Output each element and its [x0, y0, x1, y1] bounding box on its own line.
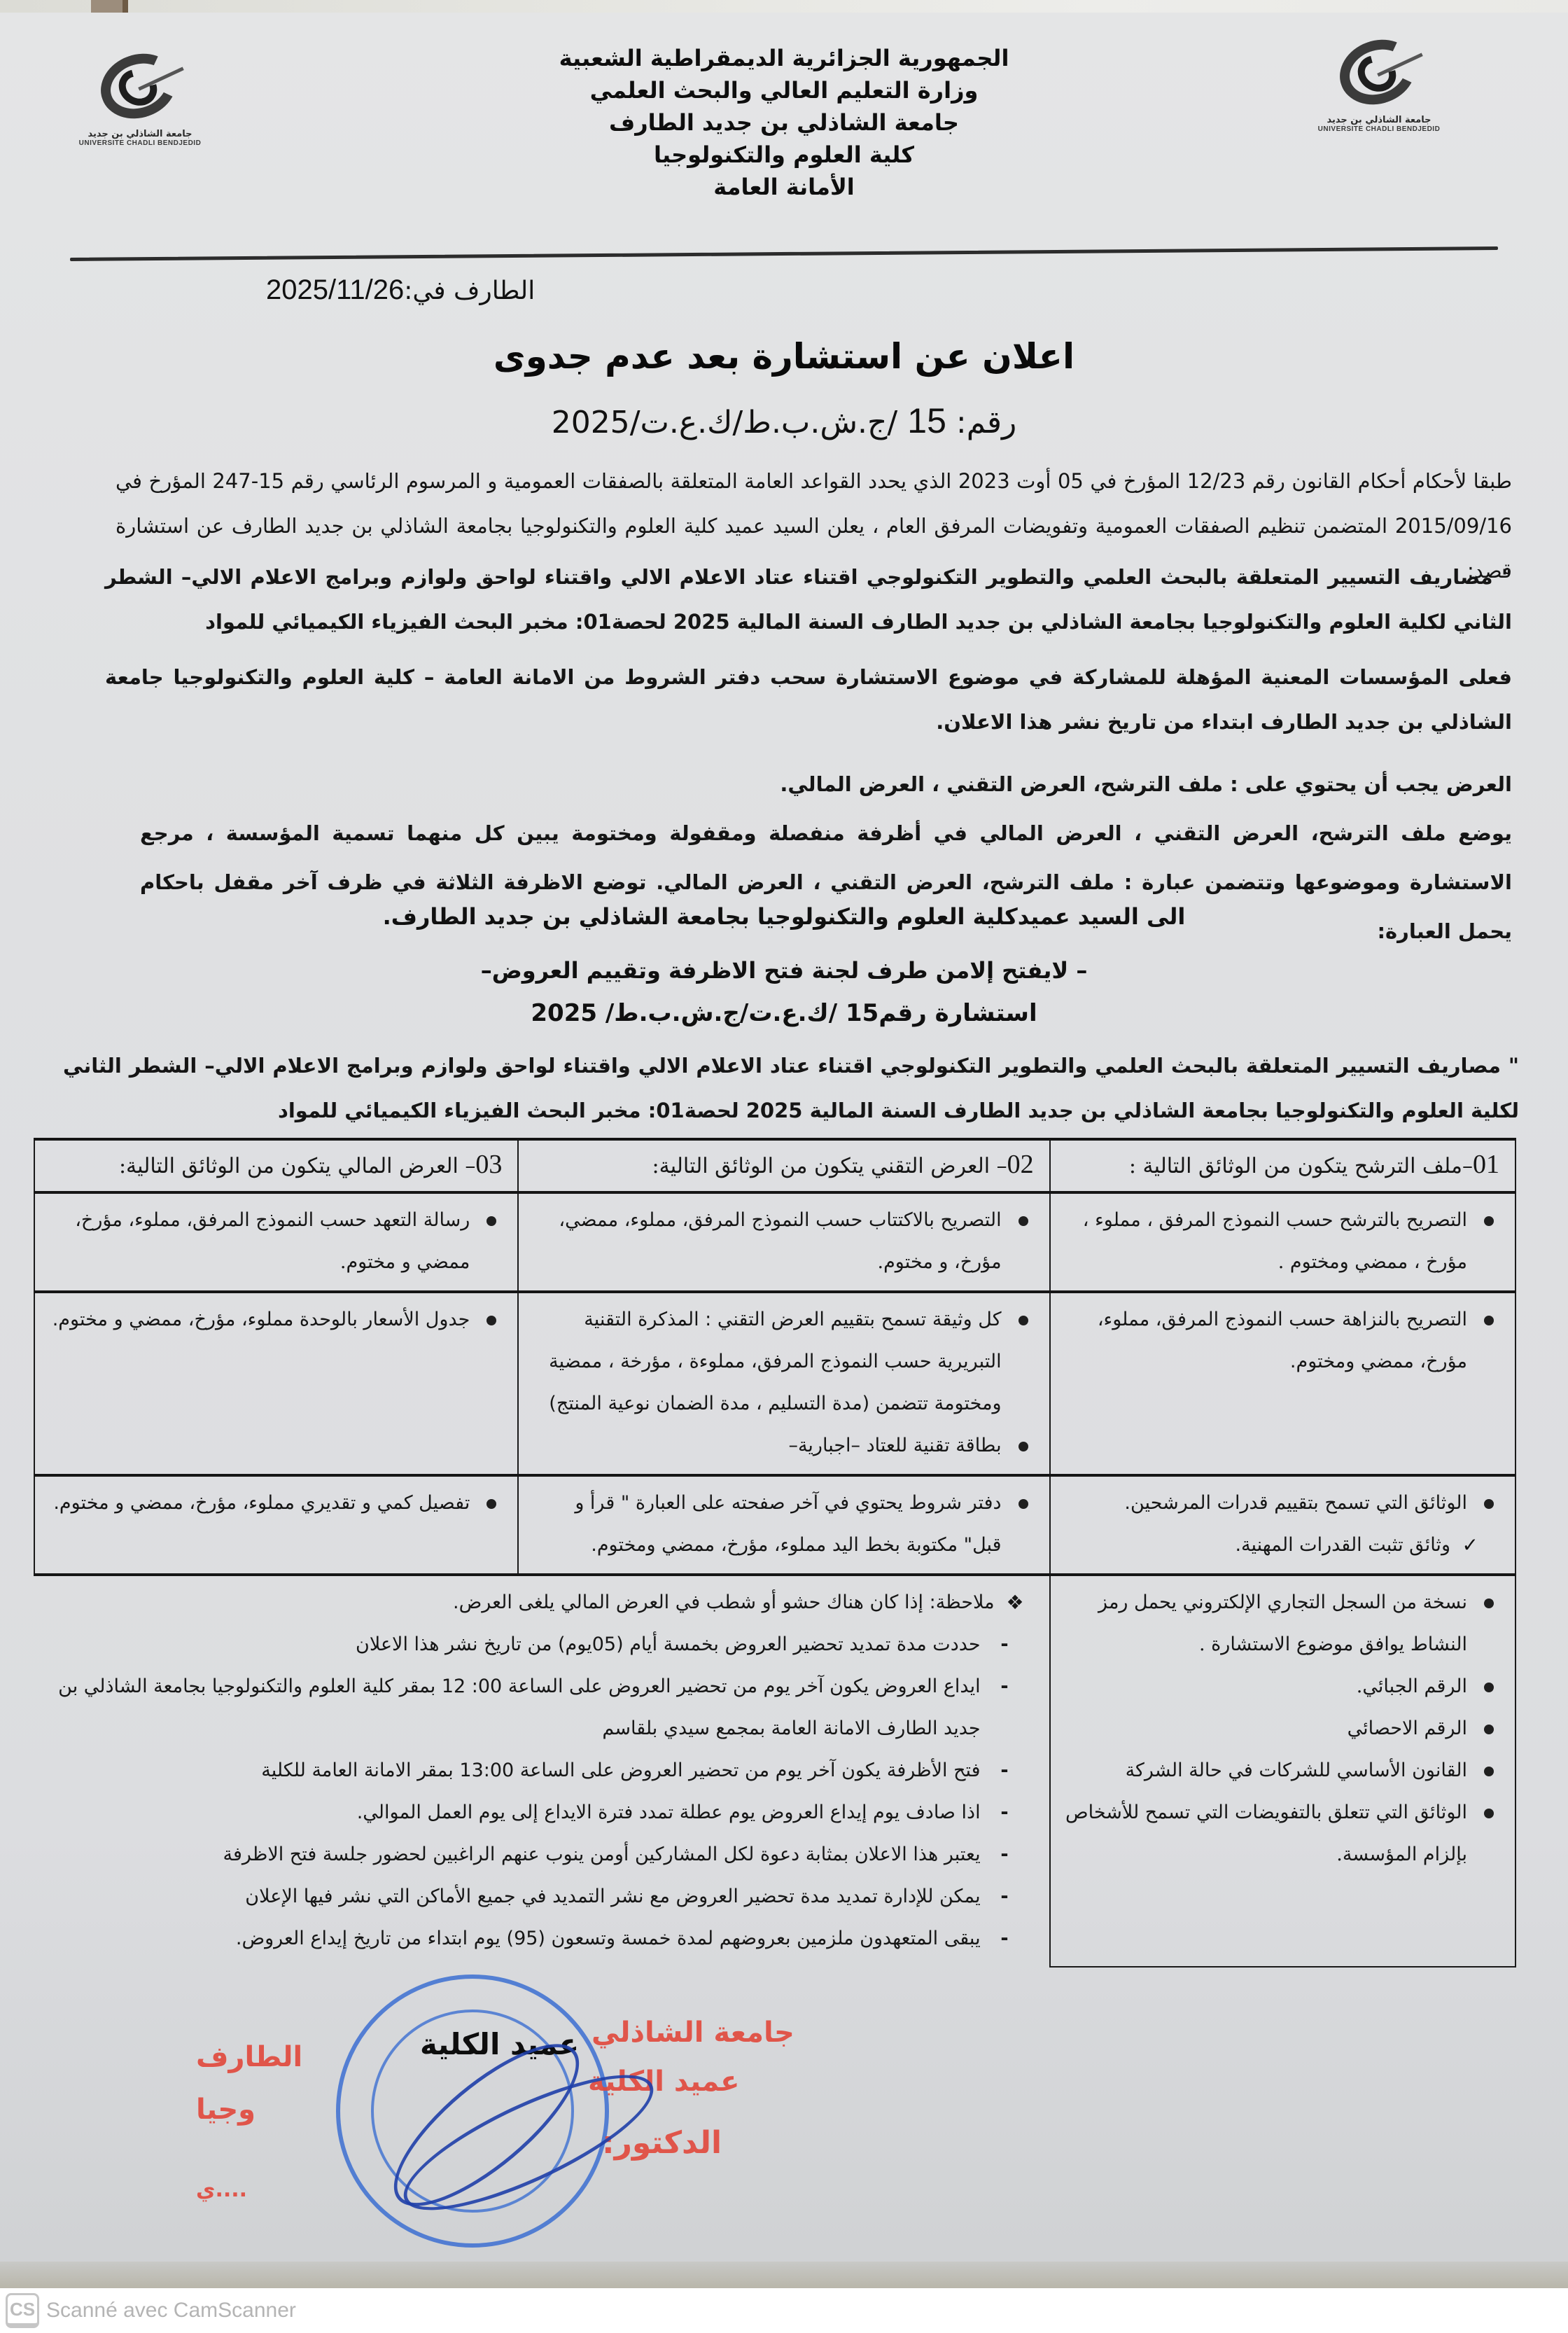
table-cell: رسالة التعهد حسب النموذج المرفق، مملوء، … [34, 1192, 518, 1292]
letterhead-university: جامعة الشاذلي بن جديد الطارف [420, 106, 1148, 139]
checked-list-item: وثائق تثبت القدرات المهنية. [1063, 1524, 1499, 1566]
header-financial-offer: 03– العرض المالي يتكون من الوثائق التالي… [34, 1139, 518, 1192]
university-emblem-icon [1333, 35, 1424, 112]
document-title: اعلان عن استشارة بعد عدم جدوى [420, 336, 1148, 377]
envelope-subject: " مصاريف التسيير المتعلقة بالبحث العلمي … [63, 1043, 1519, 1133]
header-technical-offer: 02– العرض التقني يتكون من الوثائق التالي… [518, 1139, 1049, 1192]
table-cell: الوثائق التي تسمح بتقييم قدرات المرشحين.… [1050, 1475, 1515, 1575]
table-row: الوثائق التي تسمح بتقييم قدرات المرشحين.… [34, 1475, 1515, 1575]
photo-background-bottom [0, 2262, 1568, 2288]
list-item: الرقم الجبائي. [1063, 1666, 1499, 1708]
list-item: يمكن للإدارة تمديد مدة تحضير العروض مع ن… [47, 1876, 1028, 1918]
table-row: نسخة من السجل التجاري الإلكتروني يحمل رم… [34, 1575, 1515, 1967]
table-cell: التصريح بالنزاهة حسب النموذج المرفق، ممل… [1050, 1292, 1515, 1475]
envelope-consultation-ref: استشارة رقم15 /ك.ع.ت/ج.ش.ب.ط/ 2025 [280, 999, 1288, 1027]
logo-caption-arabic: جامعة الشاذلي بن جديد [1309, 115, 1449, 125]
letterhead: الجمهورية الجزائرية الديمقراطية الشعبية … [420, 42, 1148, 203]
list-item: بطاقة تقنية للعتاد –اجبارية– [531, 1425, 1033, 1467]
list-item: جدول الأسعار بالوحدة مملوء، مؤرخ، ممضي و… [48, 1299, 502, 1341]
table-cell: دفتر شروط يحتوي في آخر صفحته على العبارة… [518, 1475, 1049, 1575]
list-item: الوثائق التي تتعلق بالتفويضات التي تسمح … [1063, 1792, 1499, 1876]
reference-code: /ج.ش.ب.ط/ك.ع.ت/2025 [552, 405, 898, 440]
envelope-warning: – لايفتح إلامن طرف لجنة فتح الاظرفة وتقي… [280, 957, 1288, 984]
envelope-addressee: الى السيد عميدكلية العلوم والتكنولوجيا ب… [280, 903, 1288, 930]
letterhead-faculty: كلية العلوم والتكنولوجيا [420, 139, 1148, 171]
list-item: التصريح بالترشح حسب النموذج المرفق ، ممل… [1063, 1199, 1499, 1283]
notes-cell: ❖ ملاحظة: إذا كان هناك حشو أو شطب في الع… [34, 1575, 1050, 1967]
reference-number-value: 15 [907, 401, 946, 440]
table-row: التصريح بالنزاهة حسب النموذج المرفق، ممل… [34, 1292, 1515, 1475]
list-item: حددت مدة تمديد تحضير العروض بخمسة أيام (… [47, 1624, 1028, 1666]
consultation-subject-paragraph: " مصاريف التسيير المتعلقة بالبحث العلمي … [105, 555, 1512, 644]
offer-contents-paragraph: العرض يجب أن يحتوي على : ملف الترشح، الع… [140, 760, 1512, 809]
diamond-bullet-icon: ❖ [1006, 1582, 1023, 1624]
date-prefix: الطارف في: [404, 277, 535, 305]
camscanner-label: Scanné avec CamScanner [46, 2299, 296, 2322]
list-item: اذا صادف يوم إيداع العروض يوم عطلة تمدد … [47, 1792, 1028, 1834]
list-item: دفتر شروط يحتوي في آخر صفحته على العبارة… [531, 1482, 1033, 1566]
remark: ❖ ملاحظة: إذا كان هناك حشو أو شطب في الع… [47, 1582, 1028, 1624]
table-header-row: 01–ملف الترشح يتكون من الوثائق التالية :… [34, 1139, 1515, 1192]
list-item: يبقى المتعهدون ملزمين بعروضهم لمدة خمسة … [47, 1918, 1028, 1960]
logo-caption-arabic: جامعة الشاذلي بن جديد [70, 129, 210, 139]
table-cell: التصريح بالاكتتاب حسب النموذج المرفق، مم… [518, 1192, 1049, 1292]
list-item: رسالة التعهد حسب النموذج المرفق، مملوء، … [48, 1199, 502, 1283]
university-logo-left: جامعة الشاذلي بن جديد UNIVERSITE CHADLI … [70, 49, 210, 147]
table-cell: تفصيل كمي و تقديري مملوء، مؤرخ، ممضي و م… [34, 1475, 518, 1575]
list-item: التصريح بالاكتتاب حسب النموذج المرفق، مم… [531, 1199, 1033, 1283]
table-cell: جدول الأسعار بالوحدة مملوء، مؤرخ، ممضي و… [34, 1292, 518, 1475]
list-item: تفصيل كمي و تقديري مملوء، مؤرخ، ممضي و م… [48, 1482, 502, 1524]
letterhead-ministry: وزارة التعليم العالي والبحث العلمي [420, 74, 1148, 106]
eligibility-paragraph: فعلى المؤسسات المعنية المؤهلة للمشاركة ف… [105, 655, 1512, 744]
list-item: الرقم الاحصائي [1063, 1708, 1499, 1750]
list-item: يعتبر هذا الاعلان بمثابة دعوة لكل المشار… [47, 1834, 1028, 1876]
letterhead-republic: الجمهورية الجزائرية الديمقراطية الشعبية [420, 42, 1148, 74]
table-cell: التصريح بالترشح حسب النموذج المرفق ، ممل… [1050, 1192, 1515, 1292]
list-item: فتح الأظرفة يكون آخر يوم من تحضير العروض… [47, 1750, 1028, 1792]
list-item: الوثائق التي تسمح بتقييم قدرات المرشحين. [1063, 1482, 1499, 1524]
list-item: نسخة من السجل التجاري الإلكتروني يحمل رم… [1063, 1582, 1499, 1666]
logo-caption-french: UNIVERSITE CHADLI BENDJEDID [1309, 125, 1449, 133]
university-logo-right: جامعة الشاذلي بن جديد UNIVERSITE CHADLI … [1309, 35, 1449, 133]
list-item: كل وثيقة تسمح بتقييم العرض التقني : المذ… [531, 1299, 1033, 1425]
camscanner-logo-icon: CS [6, 2293, 39, 2328]
university-emblem-icon [94, 49, 185, 126]
list-item: ايداع العروض يكون آخر يوم من تحضير العرو… [47, 1666, 1028, 1750]
envelopes-paragraph: يوضع ملف الترشح، العرض التقني ، العرض ال… [140, 809, 1512, 956]
documents-table: 01–ملف الترشح يتكون من الوثائق التالية :… [34, 1138, 1516, 1968]
table-cell: نسخة من السجل التجاري الإلكتروني يحمل رم… [1050, 1575, 1515, 1967]
remark-text: ملاحظة: إذا كان هناك حشو أو شطب في العرض… [453, 1592, 995, 1613]
table-cell: كل وثيقة تسمح بتقييم العرض التقني : المذ… [518, 1292, 1049, 1475]
notes-list: حددت مدة تمديد تحضير العروض بخمسة أيام (… [47, 1624, 1028, 1960]
scanner-watermark: CS Scanné avec CamScanner [0, 2288, 1568, 2333]
reference-number: رقم: 15 /ج.ش.ب.ط/ك.ع.ت/2025 [420, 401, 1148, 441]
list-item: التصريح بالنزاهة حسب النموذج المرفق، ممل… [1063, 1299, 1499, 1383]
reference-prefix: رقم: [956, 405, 1016, 440]
header-candidacy-file: 01–ملف الترشح يتكون من الوثائق التالية : [1050, 1139, 1515, 1192]
date-value: 2025/11/26 [266, 274, 404, 305]
document-date: الطارف في:2025/11/26 [266, 274, 535, 306]
dean-signature-title: عميد الكلية [420, 2027, 579, 2061]
letterhead-secretariat: الأمانة العامة [420, 171, 1148, 203]
table-row: التصريح بالترشح حسب النموذج المرفق ، ممل… [34, 1192, 1515, 1292]
list-item: القانون الأساسي للشركات في حالة الشركة [1063, 1750, 1499, 1792]
logo-caption-french: UNIVERSITE CHADLI BENDJEDID [70, 139, 210, 147]
